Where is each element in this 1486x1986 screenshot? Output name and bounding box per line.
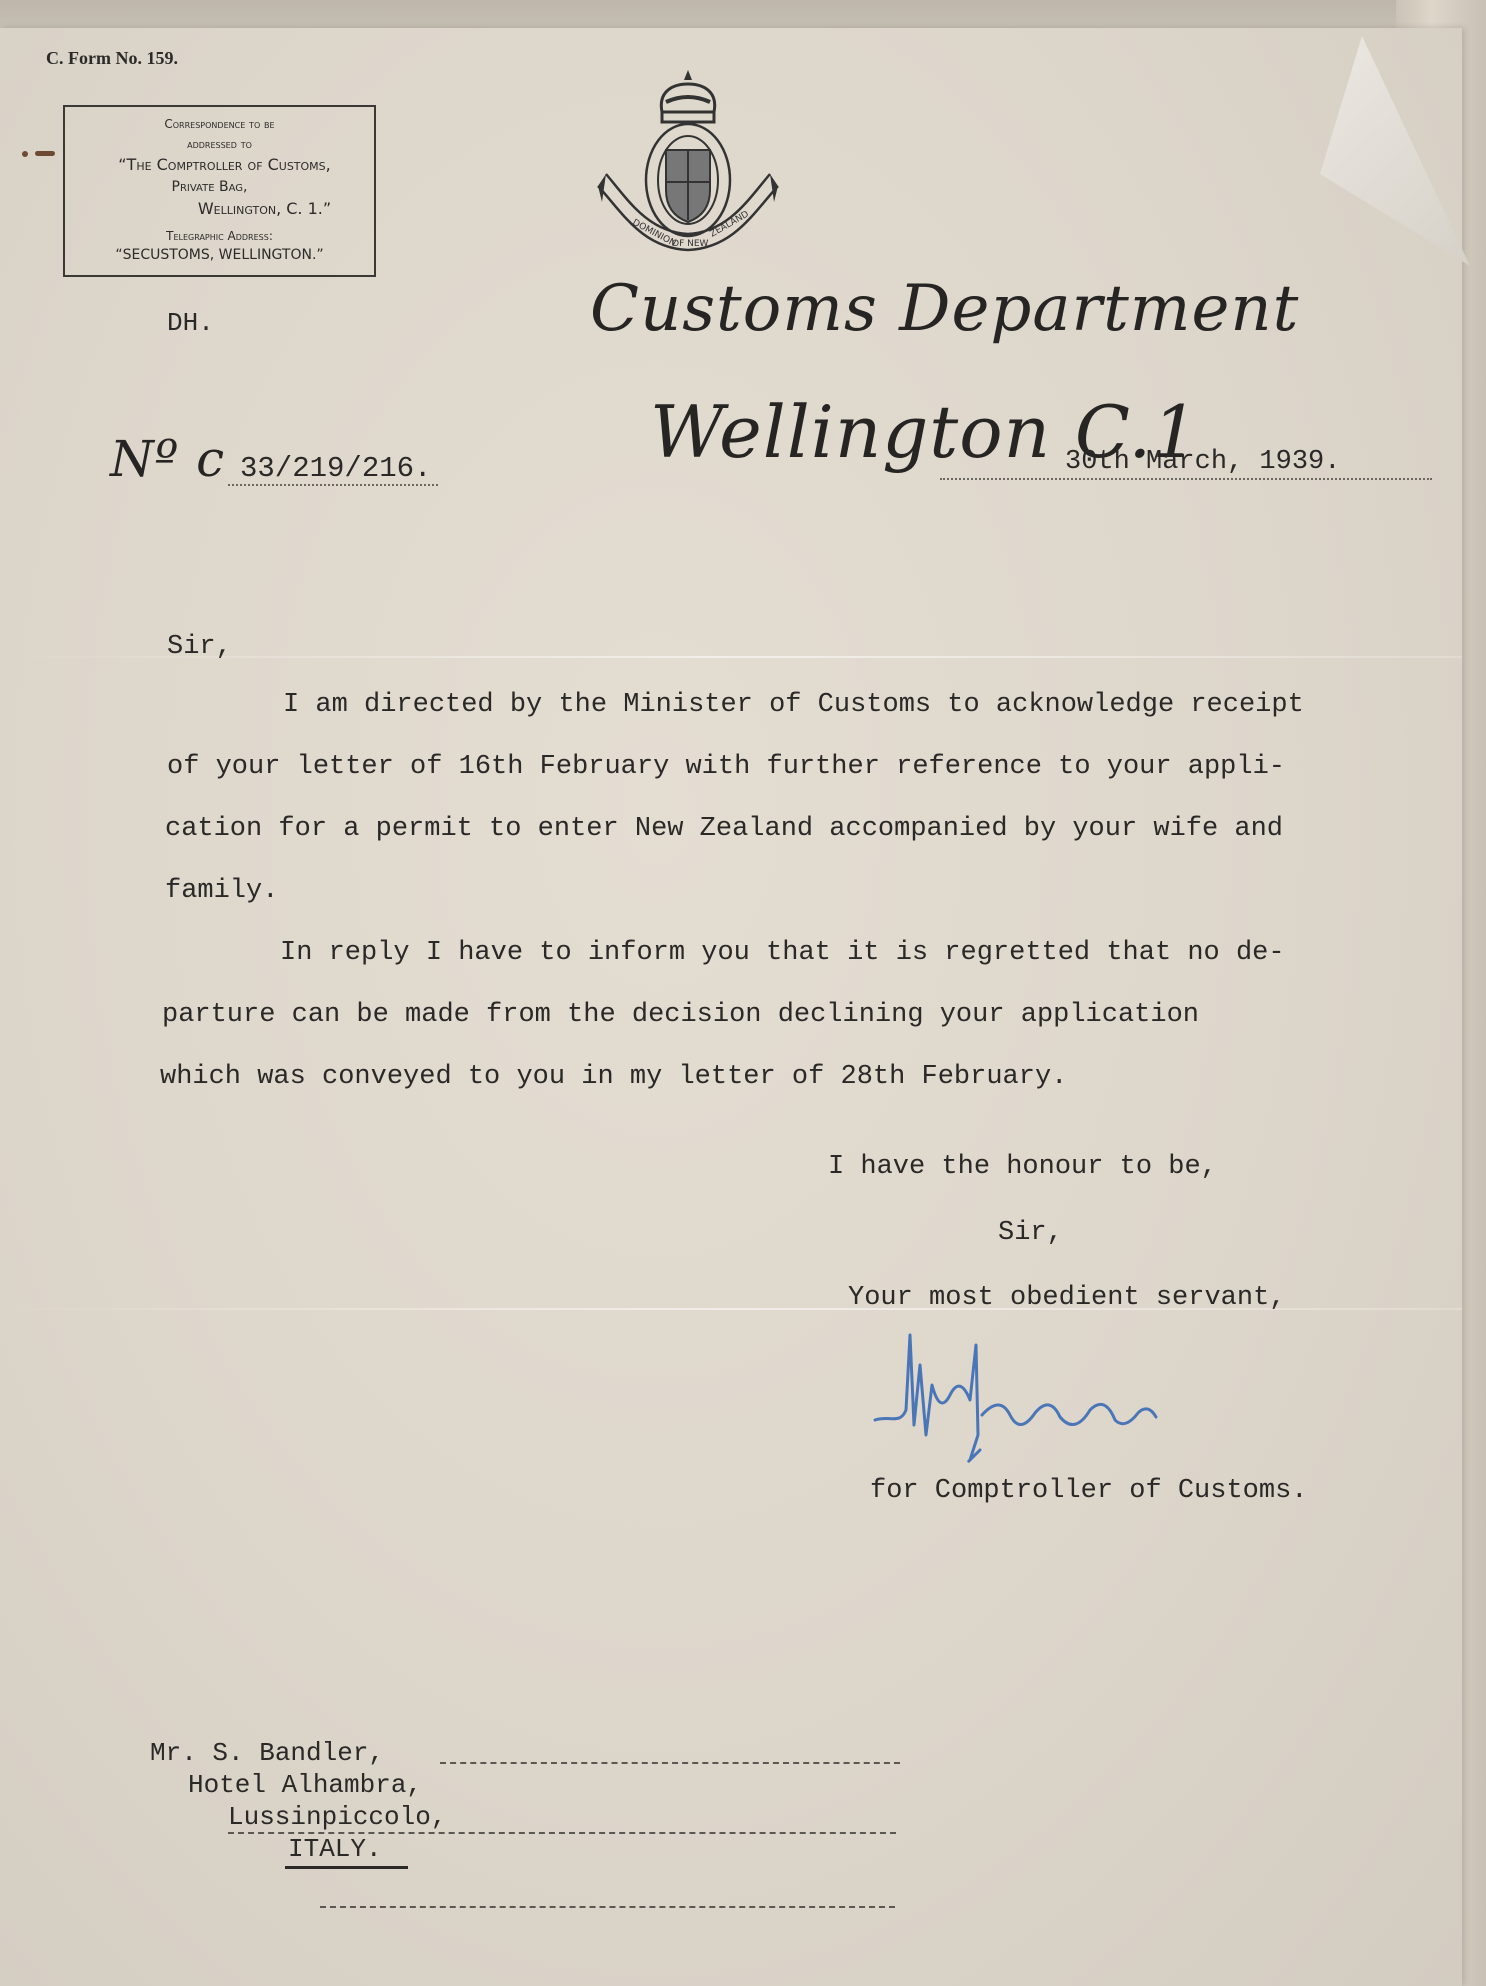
closing-line: I have the honour to be, [828, 1152, 1217, 1182]
royal-crest-icon: DOMINION OF NEW ZEALAND [592, 62, 784, 262]
recipient-country: ITALY. [288, 1834, 382, 1864]
reference-dotted-line [228, 484, 438, 486]
letter-date: 30th March, 1939. [1065, 447, 1340, 477]
address-box-line: “The Comptroller of Customs, [75, 155, 374, 174]
reference-prefix: Nº c [110, 430, 225, 488]
address-box-line: addressed to [65, 137, 374, 151]
address-box-line: Telegraphic Address: [65, 229, 374, 243]
ink-stain [35, 151, 55, 156]
form-number: C. Form No. 159. [46, 48, 178, 69]
address-box-line: “SECUSTOMS, WELLINGTON.” [65, 247, 374, 263]
signatory-title: for Comptroller of Customs. [870, 1476, 1307, 1506]
recipient-dashed-line [440, 1762, 900, 1764]
body-line: cation for a permit to enter New Zealand… [165, 814, 1283, 844]
country-underline [285, 1866, 408, 1869]
recipient-name: Mr. S. Bandler, [150, 1738, 384, 1768]
typist-initials: DH. [167, 308, 214, 338]
address-box-line: Wellington, C. 1.” [155, 199, 374, 218]
body-line: In reply I have to inform you that it is… [280, 938, 1285, 968]
recipient-address-line: Hotel Alhambra, [188, 1770, 422, 1800]
ink-stain [22, 151, 28, 157]
recipient-dashed-line [320, 1906, 895, 1908]
body-line: of your letter of 16th February with fur… [167, 752, 1285, 782]
body-line: parture can be made from the decision de… [162, 1000, 1199, 1030]
svg-text:OF NEW: OF NEW [672, 239, 709, 249]
department-name: Customs Department [590, 272, 1299, 346]
correspondence-address-box: Correspondence to be addressed to “The C… [63, 105, 376, 277]
closing-line: Your most obedient servant, [848, 1283, 1285, 1313]
salutation: Sir, [167, 632, 232, 662]
reference-number: 33/219/216. [240, 452, 431, 485]
body-line: which was conveyed to you in my letter o… [160, 1062, 1067, 1092]
address-box-line: Private Bag, [45, 179, 374, 195]
handwritten-signature-icon [870, 1325, 1230, 1475]
body-line: I am directed by the Minister of Customs… [283, 690, 1304, 720]
recipient-address-line: Lussinpiccolo, [228, 1802, 446, 1832]
date-dotted-line [940, 478, 1432, 480]
address-box-line: Correspondence to be [65, 117, 374, 131]
closing-salutation: Sir, [998, 1218, 1063, 1248]
body-line: family. [165, 876, 278, 906]
